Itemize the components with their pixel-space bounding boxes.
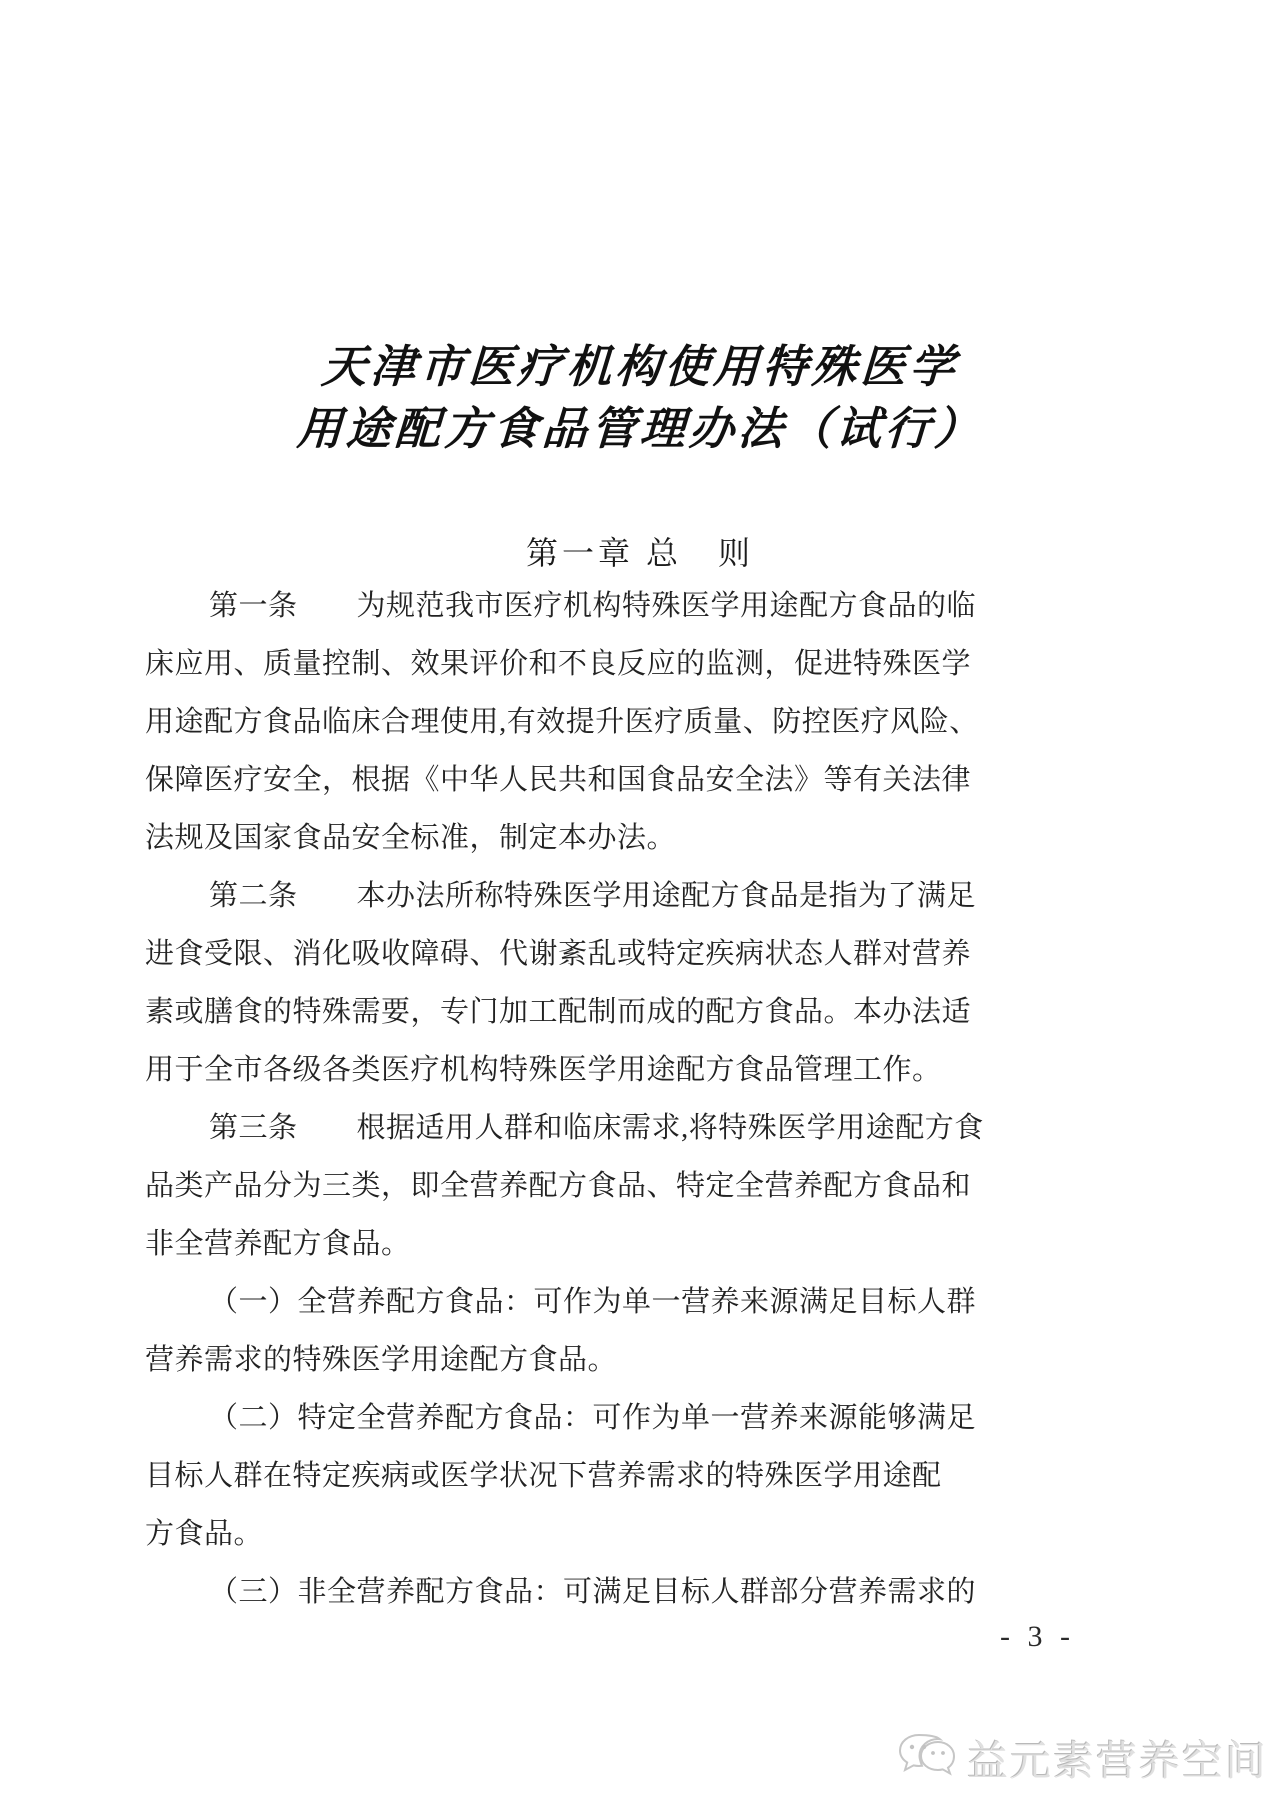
body-line: 素或膳食的特殊需要，专门加工配制而成的配方食品。本办法适 xyxy=(145,983,970,1041)
footer-watermark: 益元素营养空间 xyxy=(897,1728,1268,1787)
title-line-2: 用途配方食品管理办法（试行） xyxy=(0,398,1280,460)
body-line: 品类产品分为三类，即全营养配方食品、特定全营养配方食品和 xyxy=(145,1157,970,1215)
body-line: 目标人群在特定疾病或医学状况下营养需求的特殊医学用途配 xyxy=(145,1447,970,1505)
page-number: - 3 - xyxy=(1000,1620,1075,1654)
body-line: 进食受限、消化吸收障碍、代谢紊乱或特定疾病状态人群对营养 xyxy=(145,925,970,983)
document-body: 第一条 为规范我市医疗机构特殊医学用途配方食品的临 床应用、质量控制、效果评价和… xyxy=(145,577,970,1621)
wechat-icon xyxy=(897,1732,959,1784)
body-line: （二）特定全营养配方食品：可作为单一营养来源能够满足 xyxy=(145,1389,970,1447)
body-line: 非全营养配方食品。 xyxy=(145,1215,970,1273)
body-line: 第一条 为规范我市医疗机构特殊医学用途配方食品的临 xyxy=(145,577,970,635)
body-line: 用途配方食品临床合理使用,有效提升医疗质量、防控医疗风险、 xyxy=(145,693,970,751)
body-line: 营养需求的特殊医学用途配方食品。 xyxy=(145,1331,970,1389)
body-line: 法规及国家食品安全标准，制定本办法。 xyxy=(145,809,970,867)
body-line: 方食品。 xyxy=(145,1505,970,1563)
body-line: （三）非全营养配方食品：可满足目标人群部分营养需求的 xyxy=(145,1563,970,1621)
body-line: 保障医疗安全，根据《中华人民共和国食品安全法》等有关法律 xyxy=(145,751,970,809)
body-line: 用于全市各级各类医疗机构特殊医学用途配方食品管理工作。 xyxy=(145,1041,970,1099)
footer-brand-text: 益元素营养空间 xyxy=(967,1728,1268,1787)
document-page: 天津市医疗机构使用特殊医学 用途配方食品管理办法（试行） 第一章 总 则 第一条… xyxy=(0,0,1280,1811)
body-line: 第二条 本办法所称特殊医学用途配方食品是指为了满足 xyxy=(145,867,970,925)
body-line: 第三条 根据适用人群和临床需求,将特殊医学用途配方食 xyxy=(145,1099,970,1157)
title-line-1: 天津市医疗机构使用特殊医学 xyxy=(0,336,1280,398)
body-line: 床应用、质量控制、效果评价和不良反应的监测，促进特殊医学 xyxy=(145,635,970,693)
chapter-heading: 第一章 总 则 xyxy=(0,528,1280,574)
document-title: 天津市医疗机构使用特殊医学 用途配方食品管理办法（试行） xyxy=(0,336,1280,460)
body-line: （一）全营养配方食品：可作为单一营养来源满足目标人群 xyxy=(145,1273,970,1331)
